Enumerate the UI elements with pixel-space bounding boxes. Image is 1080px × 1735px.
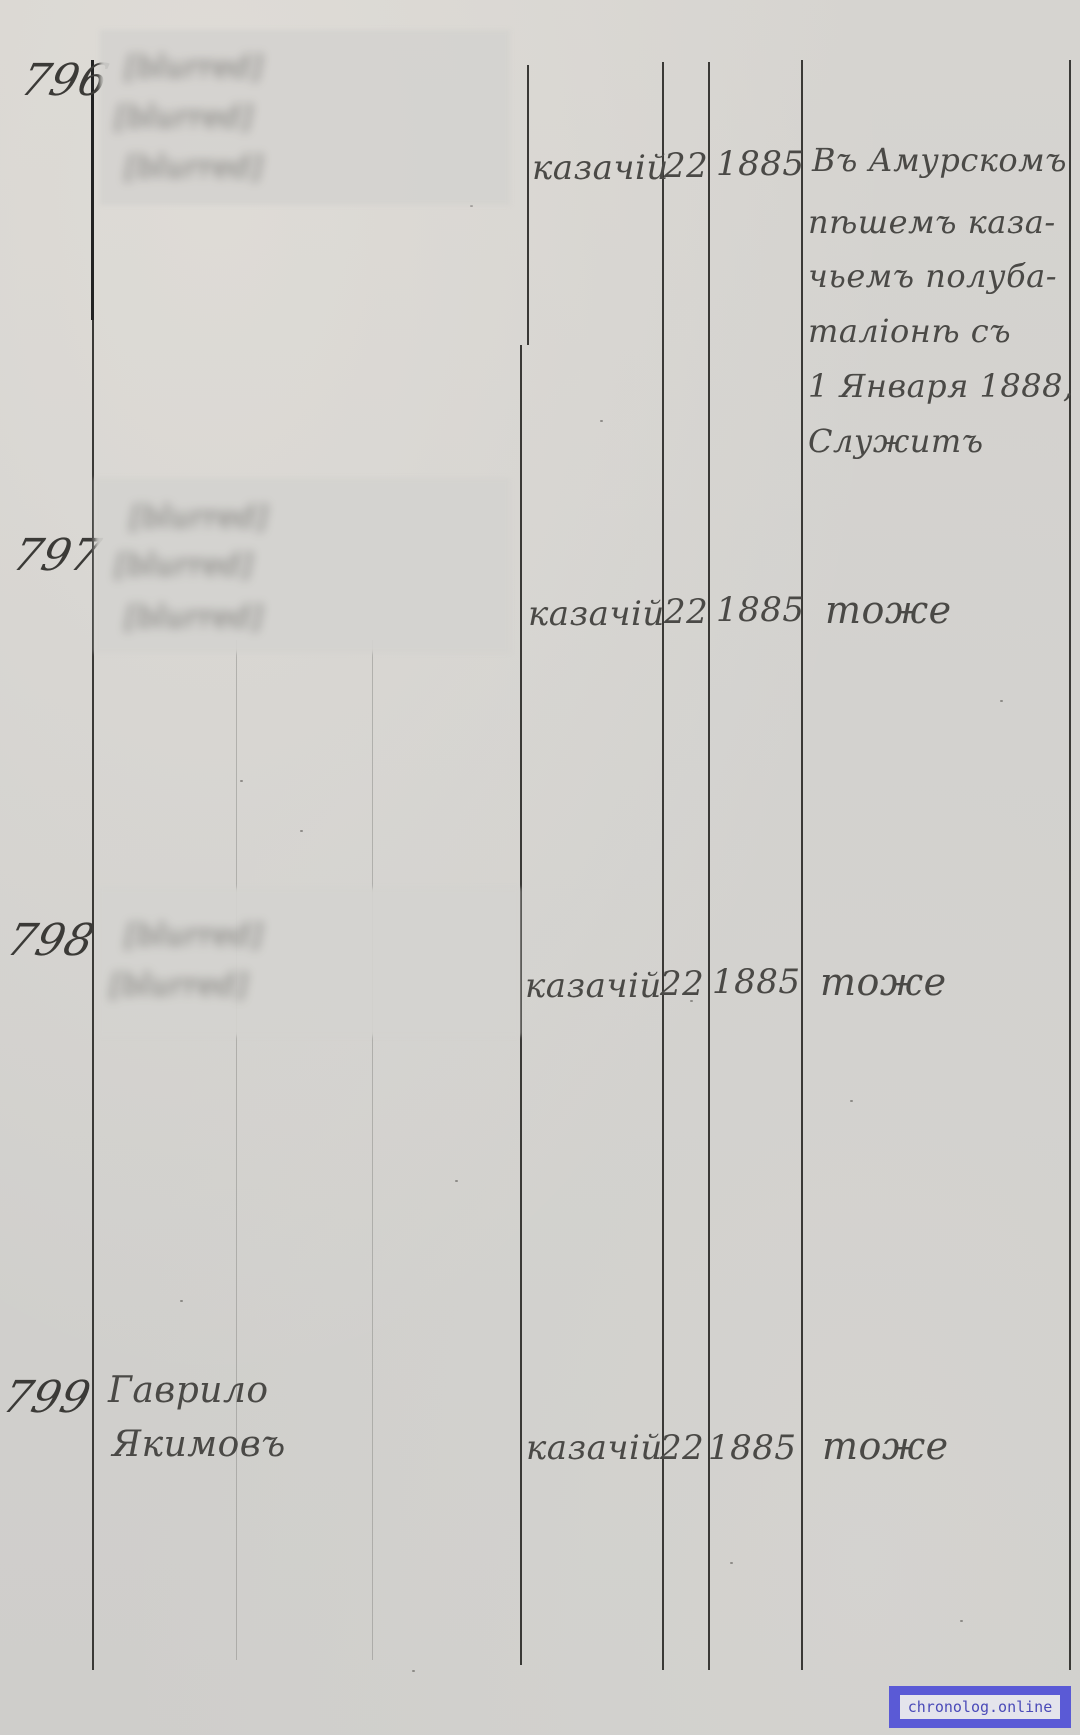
- note-line-1: тоже: [822, 1420, 949, 1472]
- notes-column-line: [801, 60, 803, 1670]
- note-line-5: 1 Января 1888,: [808, 360, 1074, 412]
- year-value: 1885: [712, 962, 801, 1002]
- watermark-badge[interactable]: chronolog.online: [889, 1686, 1071, 1728]
- age-value: 22: [660, 964, 704, 1004]
- year-value: 1885: [716, 144, 805, 184]
- entry-number: 798: [2, 915, 100, 966]
- name-line-3: [blurred]: [125, 150, 262, 185]
- name-line-1: [blurred]: [125, 50, 262, 85]
- name-line-2: [blurred]: [110, 968, 247, 1003]
- estate-value: казачій: [526, 1428, 663, 1468]
- estate-value: казачій: [532, 148, 669, 188]
- note-line-2: пѣшемъ каза-: [808, 196, 1056, 248]
- note-line-1: тоже: [820, 956, 947, 1008]
- entry-number: 797: [8, 530, 106, 581]
- note-line-6: Служитъ: [808, 415, 984, 467]
- name-line-2: Якимовъ: [112, 1424, 286, 1465]
- note-line-4: таліонѣ съ: [808, 305, 1011, 357]
- year-value: 1885: [716, 590, 805, 630]
- name-line-1: [blurred]: [125, 918, 262, 953]
- faint-line-a: [236, 640, 237, 1660]
- note-line-3: чьемъ полуба-: [808, 250, 1057, 302]
- entry-number: 799: [0, 1372, 96, 1423]
- year-value: 1885: [708, 1428, 797, 1468]
- name-line-1: [blurred]: [130, 500, 267, 535]
- redacted-name-box: [98, 888, 520, 1036]
- name-line-3: [blurred]: [125, 600, 262, 635]
- age-value: 22: [664, 592, 708, 632]
- age-value: 22: [660, 1428, 704, 1468]
- name-line-1: Гаврило: [108, 1370, 269, 1411]
- name-line-2: [blurred]: [115, 548, 252, 583]
- age-value: 22: [664, 146, 708, 186]
- note-line-1: тоже: [825, 584, 952, 636]
- faint-line-b: [372, 640, 373, 1660]
- watermark-text[interactable]: chronolog.online: [900, 1695, 1061, 1719]
- name-line-2: [blurred]: [115, 100, 252, 135]
- left-margin-line-lower: [92, 320, 94, 1670]
- estate-column-line-lower: [520, 345, 522, 1665]
- estate-value: казачій: [528, 594, 665, 634]
- note-line-1: Въ Амурскомъ: [812, 134, 1067, 186]
- estate-value: казачій: [525, 966, 662, 1006]
- right-margin-line: [1069, 60, 1071, 1670]
- estate-column-line: [527, 65, 529, 345]
